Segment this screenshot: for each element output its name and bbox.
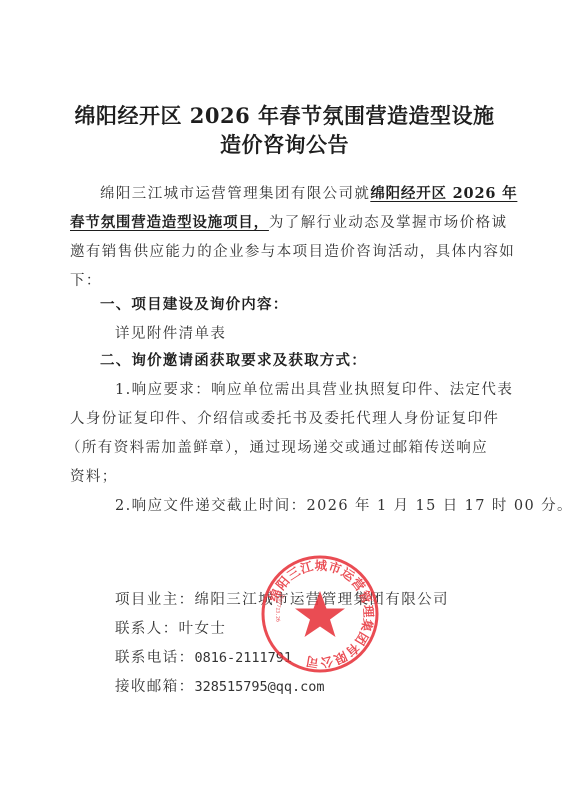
contact-email: 接收邮箱：328515795@qq.com [115, 677, 325, 697]
section-2-heading: 二、询价邀请函获取要求及获取方式： [100, 351, 367, 371]
intro-line-1: 绵阳三江城市运营管理集团有限公司就绵阳经开区 2026 年 [100, 184, 517, 204]
project-name-underlined-part-1: 绵阳经开区 2026 年 [370, 185, 517, 202]
section-1-heading: 一、项目建设及询价内容： [100, 295, 288, 315]
contact-owner: 项目业主：绵阳三江城市运营管理集团有限公司 [115, 590, 449, 610]
section-2-item-1-line-3: （所有资料需加盖鲜章），通过现场递交或通过邮箱传送响应 [66, 438, 488, 458]
owner-label: 项目业主： [115, 592, 195, 608]
person-label: 联系人： [115, 621, 179, 637]
phone-value: 0816-2111791 [195, 650, 293, 666]
section-1-body: 详见附件清单表 [115, 324, 226, 344]
phone-label: 联系电话： [115, 650, 195, 666]
section-2-item-1-line-2: 人身份证复印件、介绍信或委托书及委托代理人身份证复印件 [70, 409, 499, 429]
section-2-item-2: 2.响应文件递交截止时间：2026 年 1 月 15 日 17 时 00 分。 [115, 496, 569, 516]
email-label: 接收邮箱： [115, 679, 195, 695]
intro-line-3: 邀有销售供应能力的企业参与本项目造价咨询活动，具体内容如 [70, 242, 515, 262]
project-name-underlined-part-2: 春节氛围营造造型设施项目， [70, 214, 269, 231]
document-title-line-2: 造价咨询公告 [0, 130, 569, 159]
intro-company-text: 绵阳三江城市运营管理集团有限公司就 [100, 186, 370, 202]
document-title-line-1: 绵阳经开区 2026 年春节氛围营造造型设施 [0, 101, 569, 130]
intro-line-4: 下： [70, 271, 102, 291]
person-value: 叶女士 [179, 621, 227, 637]
section-2-item-1-line-4: 资料； [70, 467, 118, 487]
intro-line-2: 春节氛围营造造型设施项目，为了解行业动态及掌握市场价格诚 [70, 213, 507, 233]
owner-value: 绵阳三江城市运营管理集团有限公司 [195, 592, 449, 608]
section-2-item-1-line-1: 1.响应要求：响应单位需出具营业执照复印件、法定代表 [115, 380, 513, 400]
intro-purpose-text: 为了解行业动态及掌握市场价格诚 [269, 215, 508, 231]
contact-person: 联系人：叶女士 [115, 619, 226, 639]
email-value: 328515795@qq.com [195, 679, 325, 695]
document-page: 绵阳经开区 2026 年春节氛围营造造型设施 造价咨询公告 绵阳三江城市运营管理… [0, 0, 569, 800]
contact-phone: 联系电话：0816-2111791 [115, 648, 292, 668]
